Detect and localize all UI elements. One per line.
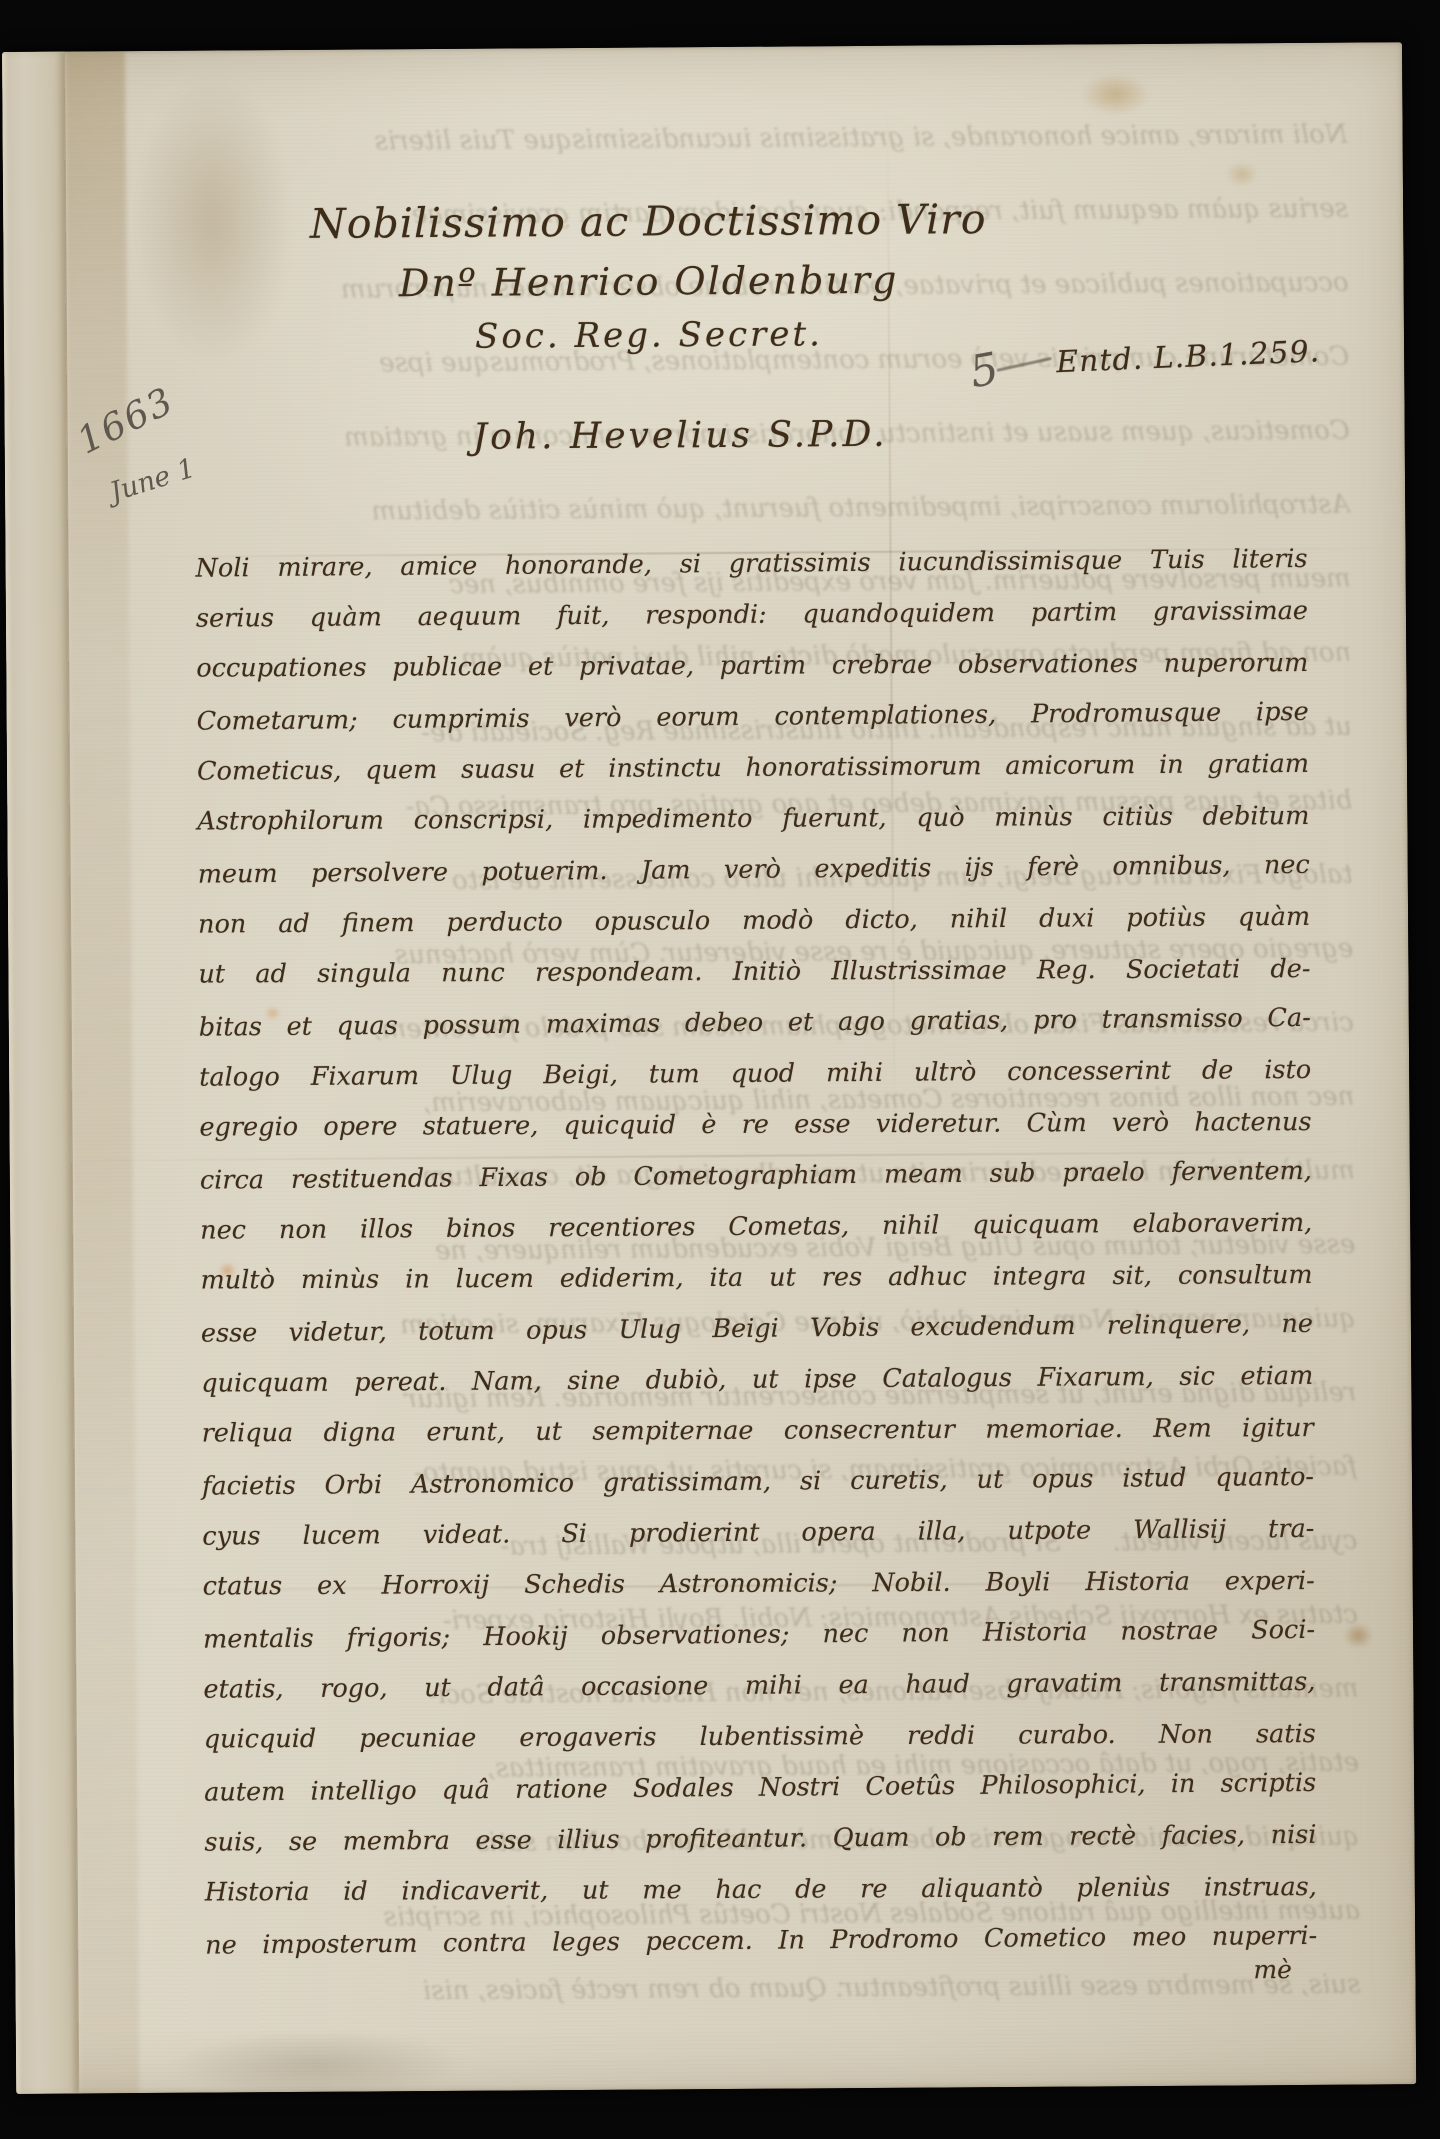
scan-background: Noli mirare, amice honorande, si gratiss… xyxy=(0,0,1440,2139)
gutter-stain xyxy=(65,51,139,2093)
manuscript-line: suis, se membra esse illius profiteantur… xyxy=(204,1810,1316,1869)
stain xyxy=(1343,1622,1373,1648)
manuscript-line: occupationes publicae et privatae, parti… xyxy=(196,638,1308,694)
address-line: Dnº Henrico Oldenburg xyxy=(303,257,993,306)
manuscript-line: meum persolvere potuerim. Jam verò exped… xyxy=(198,840,1310,901)
manuscript-line: egregio opere statuere, quicquid è re es… xyxy=(199,1097,1311,1153)
manuscript-line: quicquam pereat. Nam, sine dubiò, ut ips… xyxy=(201,1351,1313,1410)
address-line: Soc. Reg. Secret. xyxy=(304,313,994,358)
catchword: mè xyxy=(1253,1955,1292,1984)
manuscript-line: nec non illos binos recentiores Cometas,… xyxy=(200,1198,1312,1257)
manuscript-line: Astrophilorum conscripsi, impedimento fu… xyxy=(197,791,1309,847)
manuscript-line: circa restituendas Fixas ob Cometographi… xyxy=(200,1146,1312,1207)
manuscript-line: serius quàm aequum fuit, respondi: quand… xyxy=(196,586,1308,645)
manuscript-line: multò minùs in lucem ediderim, ita ut re… xyxy=(200,1250,1312,1306)
letter-body: Noli mirare, amice honorande, si gratiss… xyxy=(195,535,1317,1971)
manuscript-page: Noli mirare, amice honorande, si gratiss… xyxy=(2,42,1416,2094)
stain xyxy=(1225,161,1259,187)
manuscript-line: esse videtur, totum opus Ulug Beigi Vobi… xyxy=(201,1299,1313,1360)
manuscript-line: mentalis frigoris; Hookij observationes;… xyxy=(203,1605,1315,1666)
entry-register-note: Entd. L.B.1.259. xyxy=(1056,334,1321,380)
manuscript-line: quicquid pecuniae erogaveris lubentissim… xyxy=(204,1709,1316,1765)
manuscript-line: ut ad singula nunc respondeam. Initiò Il… xyxy=(198,944,1310,1000)
manuscript-line: bitas et quas possum maximas debeo et ag… xyxy=(199,993,1311,1054)
manuscript-line: Noli mirare, amice honorande, si gratiss… xyxy=(195,534,1307,595)
manuscript-line: etatis, rogo, ut datâ occasione mihi ea … xyxy=(203,1657,1315,1716)
manuscript-line: Historia id indicaverit, ut me hac de re… xyxy=(205,1862,1317,1918)
manuscript-line: ne imposterum contra leges peccem. In Pr… xyxy=(205,1911,1317,1972)
address-line: Nobilissimo ac Doctissimo Viro xyxy=(303,195,993,248)
manuscript-line: Cometarum; cumprimis verò eorum contempl… xyxy=(196,687,1308,748)
manuscript-line: ctatus ex Horroxij Schedis Astronomicis;… xyxy=(203,1556,1315,1612)
salutation: Joh. Hevelius S.P.D. xyxy=(473,414,888,458)
smudge xyxy=(166,2029,466,2094)
manuscript-line: cyus lucem videat. Si prodierint opera i… xyxy=(202,1504,1314,1563)
address-block: Nobilissimo ac Doctissimo Viro Dnº Henri… xyxy=(303,195,994,358)
manuscript-line: facietis Orbi Astronomico gratissimam, s… xyxy=(202,1452,1314,1513)
manuscript-line: talogo Fixarum Ulug Beigi, tum quod mihi… xyxy=(199,1045,1311,1104)
stain xyxy=(132,70,294,371)
manuscript-line: Cometicus, quem suasu et instinctu honor… xyxy=(197,739,1309,798)
pencil-flourish xyxy=(997,357,1052,372)
manuscript-line: autem intelligo quâ ratione Sodales Nost… xyxy=(204,1758,1316,1819)
manuscript-line: non ad finem perducto opusculo modò dict… xyxy=(198,892,1310,951)
stain xyxy=(1080,72,1150,116)
manuscript-line: reliqua digna erunt, ut sempiternae cons… xyxy=(202,1403,1314,1459)
